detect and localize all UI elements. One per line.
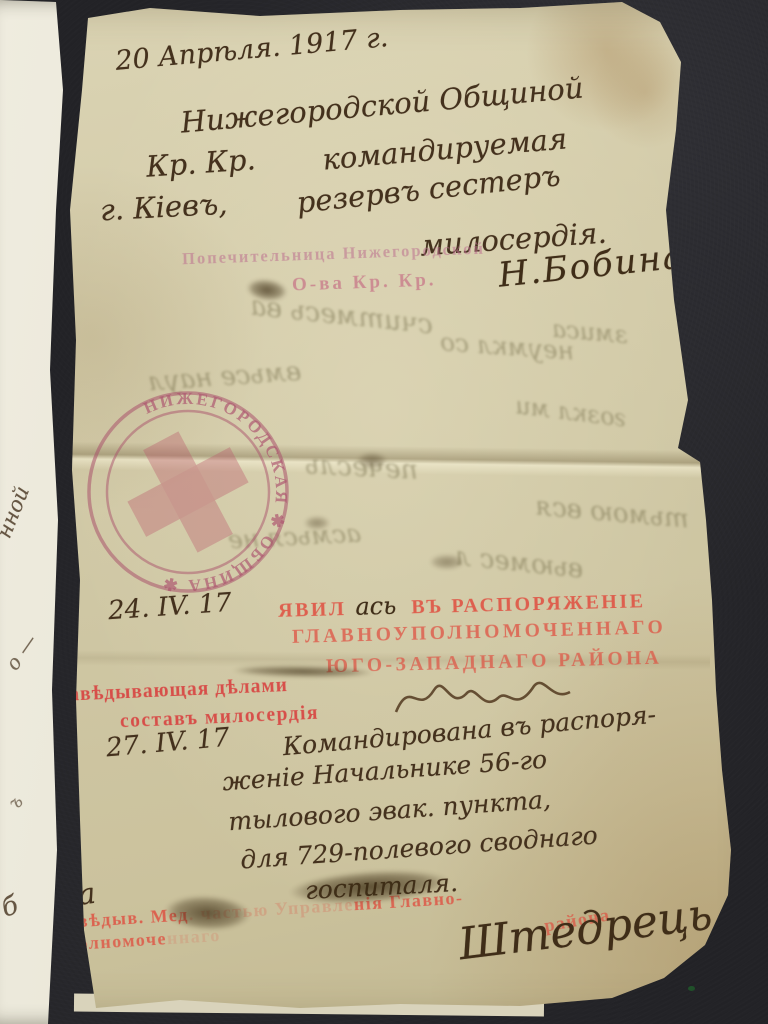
left-page-writing-fragment: ъ	[5, 791, 28, 815]
ink-bleed-ghost: гозкл ми	[514, 391, 629, 432]
red-stamp-word: ВЪ РАСПОРЯЖЕНІЕ	[411, 590, 646, 618]
red-stamp-line: ГЛАВНОУПОЛНОМОЧЕННАГО	[292, 617, 667, 649]
handwriting-line: тылового эвак. пункта,	[227, 785, 551, 836]
signature-scribble	[388, 668, 578, 728]
ink-blot	[149, 887, 266, 939]
bottom-stamp-raion: района	[543, 904, 612, 936]
ink-smear	[261, 859, 478, 916]
handwriting-line: милосердія.	[419, 216, 608, 263]
handwriting-line: резервъ сестеръ	[295, 158, 562, 220]
photo-of-document: нной о — ъ б считмесь ва неумкл со вмьсе…	[0, 0, 768, 1024]
ink-blot	[352, 450, 392, 472]
ink-insert: ась	[355, 592, 397, 621]
red-stamp-line: ЮГО-ЗАПАДНАГО РАЙОНА	[326, 648, 663, 679]
red-stamp-line: ЯВИЛ ась ВЪ РАСПОРЯЖЕНІЕ	[278, 585, 646, 623]
handwritten-date: 20 Апрѣля. 1917 г.	[114, 22, 389, 77]
handwriting-line: женіе Начальнике 56-го	[221, 745, 548, 797]
handwritten-date: 24. ІV. 17	[107, 588, 233, 627]
ink-bleed-ghost: неумкл со	[439, 327, 575, 365]
ink-bleed-ghost: змиса	[551, 315, 629, 350]
red-cross-icon	[110, 414, 267, 571]
svg-text:НИЖЕГОРОДСКАЯ ✱ ОБЩИНА ✱: НИЖЕГОРОДСКАЯ ✱ ОБЩИНА ✱	[76, 352, 328, 617]
stamp-legend: НИЖЕГОРОДСКАЯ ✱ ОБЩИНА ✱	[76, 352, 328, 617]
signature-ink: Н.Бобина	[496, 236, 686, 295]
left-page-writing-fragment: б	[0, 890, 22, 923]
handwriting-line: госпиталя.	[304, 868, 458, 905]
bottom-stamp-fragment: нія Главно-	[353, 888, 464, 915]
ink-bleed-ghost: асмься не	[227, 519, 361, 555]
handwriting-line: Командирована въ распоря-	[281, 700, 657, 762]
signature-ink: Штедрець	[456, 889, 715, 971]
ink-bleed-ghost: тьмою вся	[534, 491, 690, 534]
stamp-outer-ring	[54, 358, 322, 626]
left-page-writing-fragment: о —	[0, 629, 42, 674]
document-page: считмесь ва неумкл со вмьсе наул гозкл м…	[0, 0, 768, 1024]
handwritten-date: 27. ІV. 17	[105, 723, 231, 764]
ink-bleed-ghost: печесль	[304, 449, 419, 486]
ink-blot	[424, 552, 470, 572]
handwriting-line: командируемая	[321, 121, 568, 176]
faint-crease	[70, 650, 710, 670]
handwriting-line: для 729-полевого своднаго	[239, 821, 598, 875]
red-stamp-word: ЯВИЛ	[278, 598, 347, 622]
faded-stamp-line: Попечительница Нижегородской	[182, 239, 486, 270]
ink-blot	[300, 514, 334, 532]
ink-blot	[238, 272, 295, 307]
red-cross-round-stamp: НИЖЕГОРОДСКАЯ ✱ ОБЩИНА ✱	[45, 349, 332, 636]
handwriting-line: Кр. Кр.	[145, 142, 257, 184]
ink-bleed-ghost: считмесь ва	[249, 290, 435, 340]
bottom-stamp-fragment-faded: ннаго	[166, 925, 221, 948]
bottom-stamp-fragment-faded: . частью Управле	[188, 894, 354, 924]
stamp-inner-ring	[78, 382, 297, 601]
bottom-stamp-line: Завѣдыв. Мед. частью Управленія Главно-	[56, 888, 464, 934]
ink-bleed-ghost: вмьсе наул	[147, 357, 302, 398]
faded-stamp-line: О-ва Кр. Кр.	[292, 269, 437, 296]
handwriting-line: Нижегородской Общиной	[179, 70, 584, 139]
ink-bleed-ghost: вьюмес л	[454, 541, 585, 584]
crimson-stamp-line: составъ милосердія	[120, 703, 320, 734]
ink-smear	[208, 662, 398, 680]
handwriting-line: г. Кіевъ,	[99, 187, 228, 228]
horizontal-crease	[66, 441, 721, 478]
left-page-writing-fragment: нной	[0, 483, 34, 542]
crimson-stamp-line: Завѣдывающая дѣлами	[58, 675, 289, 707]
photo-artifact	[688, 986, 695, 991]
